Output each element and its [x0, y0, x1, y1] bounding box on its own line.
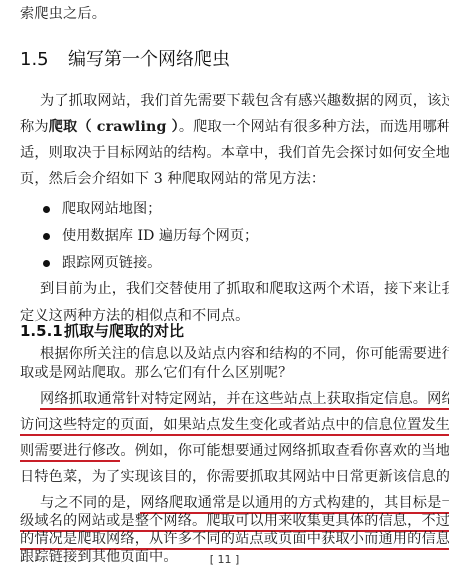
list-item: 爬取网站地图； — [62, 199, 161, 219]
underlined-text: 网络抓取通常针对特定网站，并在这些站点上获取指定信息。网络抓取用于 — [40, 391, 449, 410]
subsection-number: 1.5.1 — [20, 320, 64, 342]
document-page: 索爬虫之后。 1.5编写第一个网络爬虫 为了抓取网站，我们首先需要下载包含有感兴… — [0, 0, 449, 565]
previous-paragraph-fragment: 索爬虫之后。 — [20, 4, 106, 24]
text-line: 日特色菜，为了实现该目的，你需要抓取其网站中日常更新该信息的部分。 — [20, 467, 449, 487]
text-line: 网络抓取通常针对特定网站，并在这些站点上获取指定信息。网络抓取用于 — [40, 389, 449, 409]
text-line: 称为爬取（ crawling ）。爬取一个网站有很多种方法，而选用哪种方法更加合 — [20, 117, 449, 137]
text-line: 与之不同的是，网络爬取通常是以通用的方式构建的，其目标是一系列顶 — [40, 493, 449, 513]
section-title: 编写第一个网络爬虫 — [68, 49, 230, 70]
section-number: 1.5 — [20, 48, 68, 72]
subsection-heading: 1.5.1抓取与爬取的对比 — [20, 320, 184, 342]
text-line: 则需要进行修改。例如，你可能想要通过网络抓取查看你喜欢的当地餐厅的每 — [20, 441, 449, 461]
bullet-icon — [43, 233, 50, 240]
text-line: 的情况是爬取网络，从许多不同的站点或页面中获取小而通用的信息，然后 — [20, 529, 449, 549]
bullet-icon — [43, 206, 50, 213]
text-line: 访问这些特定的页面，如果站点发生变化或者站点中的信息位置发生变化的话， — [20, 415, 449, 435]
list-item: 使用数据库 ID 遍历每个网页； — [62, 226, 258, 246]
list-item: 跟踪网页链接。 — [62, 253, 161, 273]
text-line: 适，则取决于目标网站的结构。本章中，我们首先会探讨如何安全地下载网 — [20, 143, 449, 163]
page-number: [ 11 ] — [0, 553, 449, 565]
text-line: 根据你所关注的信息以及站点内容和结构的不同，你可能需要进行网络抓 — [40, 344, 449, 364]
subsection-title: 抓取与爬取的对比 — [64, 322, 184, 340]
text-line: 为了抓取网站，我们首先需要下载包含有感兴趣数据的网页，该过程一般 — [40, 91, 449, 111]
text-line: 页，然后会介绍如下 3 种爬取网站的常见方法： — [20, 169, 325, 189]
bold-term: 爬取（ crawling ） — [49, 119, 179, 135]
underlined-text: 访问这些特定的页面，如果站点发生变化或者站点中的信息位置发生变化的话， — [20, 417, 449, 436]
underlined-text: 则需要进行修改 — [20, 443, 120, 462]
section-heading: 1.5编写第一个网络爬虫 — [20, 48, 230, 72]
text-line: 级域名的网站或是整个网络。爬取可以用来收集更具体的信息，不过更常见 — [20, 511, 449, 531]
bullet-icon — [43, 260, 50, 267]
text-line: 取或是网站爬取。那么它们有什么区别呢？ — [20, 363, 292, 383]
text-line: 到目前为止，我们交替使用了抓取和爬取这两个术语，接下来让我们先来 — [40, 279, 449, 299]
